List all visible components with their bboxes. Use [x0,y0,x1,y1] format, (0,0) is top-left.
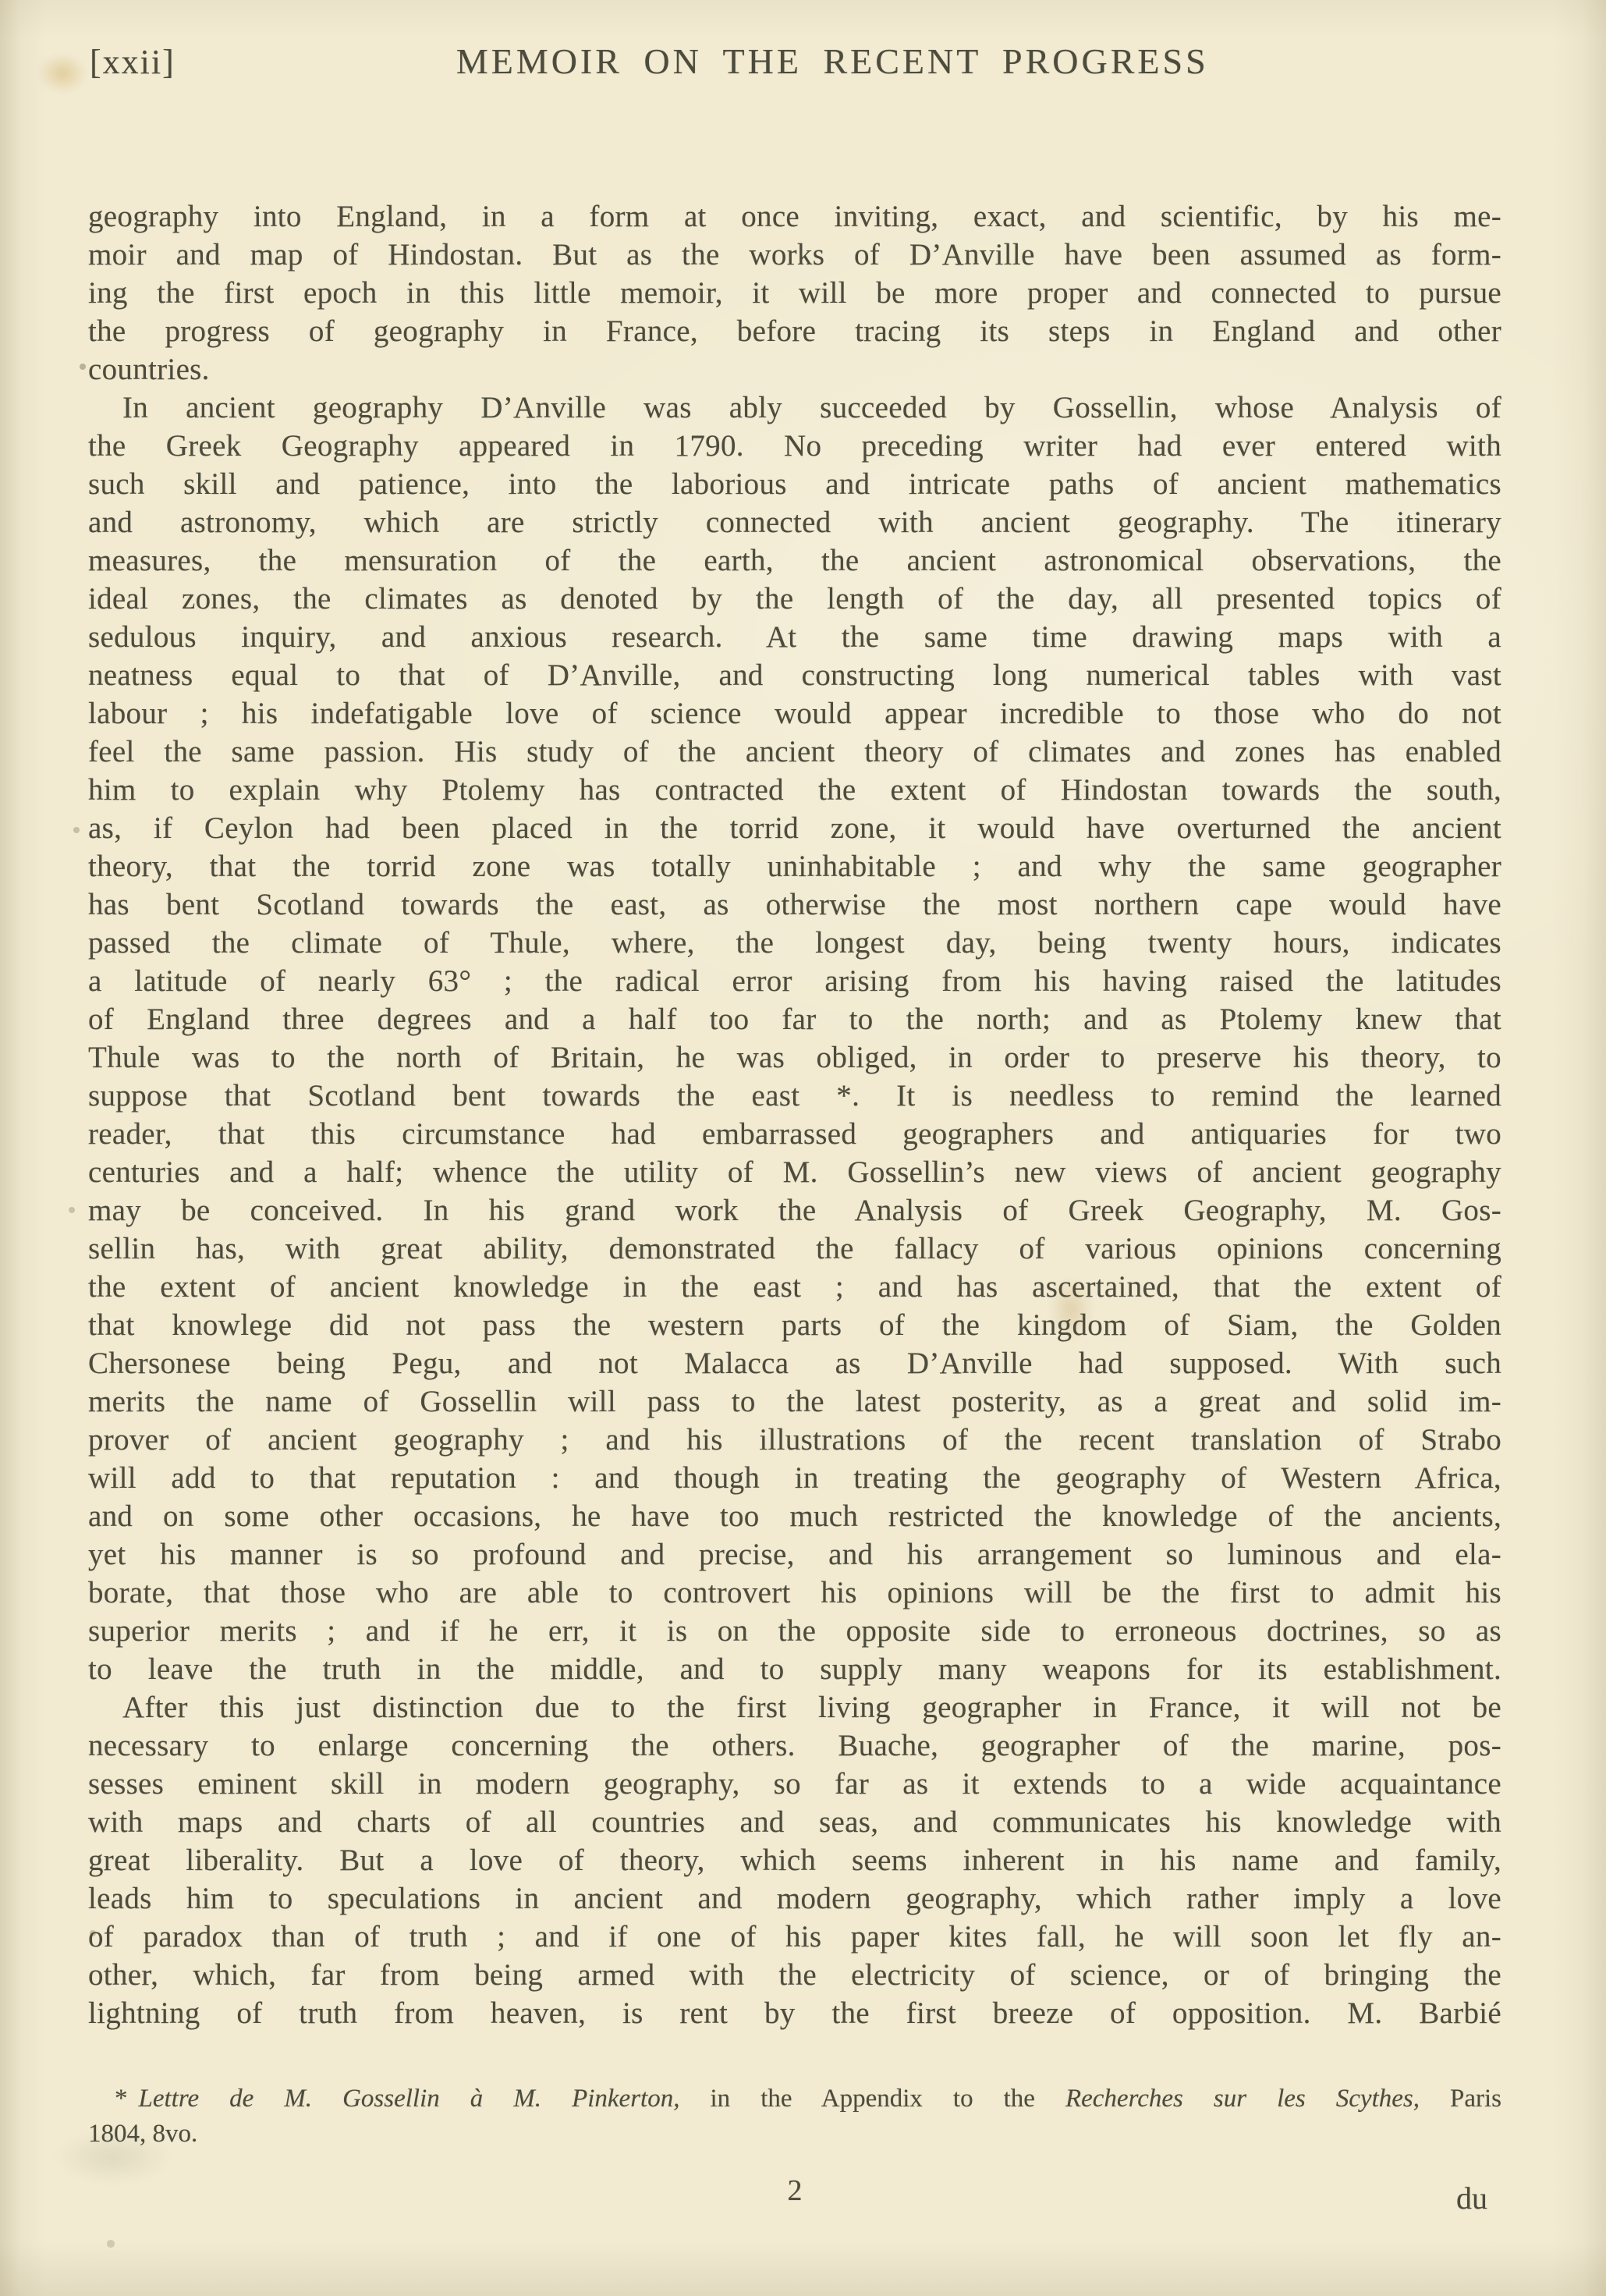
text-line: sesses eminent skill in modern geography… [88,1765,1501,1803]
text-line: such skill and patience, into the labori… [88,465,1501,503]
text-line: geography into England, in a form at onc… [88,197,1501,236]
text-line: yet his manner is so profound and precis… [88,1535,1501,1574]
text-line: measures, the mensuration of the earth, … [88,541,1501,580]
footnote-marker: * [115,2085,139,2113]
text-line: neatness equal to that of D’Anville, and… [88,656,1501,694]
text-line: merits the name of Gossellin will pass t… [88,1382,1501,1421]
text-line: great liberality. But a love of theory, … [88,1841,1501,1879]
folio-number: [xxii] [90,42,175,82]
running-title: MEMOIR ON THE RECENT PROGRESS [456,41,1209,82]
text-line: passed the climate of Thule, where, the … [88,924,1501,962]
text-line: In ancient geography D’Anville was ably … [88,389,1501,427]
text-line: Chersonese being Pegu, and not Malacca a… [88,1344,1501,1382]
text-line: may be conceived. In his grand work the … [88,1191,1501,1230]
footnote-line: *Lettre de M. Gossellin à M. Pinkerton, … [88,2081,1501,2117]
text-line: a latitude of nearly 63° ; the radical e… [88,962,1501,1000]
text-line: and astronomy, which are strictly connec… [88,503,1501,541]
text-line: ideal zones, the climates as denoted by … [88,580,1501,618]
text-line: theory, that the torrid zone was totally… [88,847,1501,885]
page-header: [xxii] MEMOIR ON THE RECENT PROGRESS [88,41,1501,87]
text-line: reader, that this circumstance had embar… [88,1115,1501,1153]
paragraph: geography into England, in a form at onc… [88,197,1501,389]
text-line: labour ; his indefatigable love of scien… [88,694,1501,733]
text-line: countries. [88,350,1501,389]
paragraph: After this just distinction due to the f… [88,1688,1501,2032]
text-line: feel the same passion. His study of the … [88,733,1501,771]
text-line: Thule was to the north of Britain, he wa… [88,1038,1501,1077]
text-line: has bent Scotland towards the east, as o… [88,885,1501,924]
text-line: lightning of truth from heaven, is rent … [88,1994,1501,2032]
text-line: of England three degrees and a half too … [88,1000,1501,1038]
text-line: as, if Ceylon had been placed in the tor… [88,809,1501,847]
text-line: the Greek Geography appeared in 1790. No… [88,427,1501,465]
text-line: suppose that Scotland bent towards the e… [88,1077,1501,1115]
page-footer: 2 du [88,2167,1501,2222]
text-line: ing the first epoch in this little memoi… [88,274,1501,312]
text-line: to leave the truth in the middle, and to… [88,1650,1501,1688]
text-block: geography into England, in a form at onc… [88,197,1501,2032]
footnote-line: 1804, 8vo. [88,2117,1501,2152]
page-body: [xxii] MEMOIR ON THE RECENT PROGRESS geo… [88,0,1501,2296]
text-line: moir and map of Hindostan. But as the wo… [88,236,1501,274]
text-line: other, which, far from being armed with … [88,1956,1501,1994]
text-line: that knowlege did not pass the western p… [88,1306,1501,1344]
text-line: necessary to enlarge concerning the othe… [88,1726,1501,1765]
footnote: *Lettre de M. Gossellin à M. Pinkerton, … [88,2081,1501,2152]
text-line: will add to that reputation : and though… [88,1459,1501,1497]
ink-specks [0,0,3,3]
text-line: sellin has, with great ability, demonstr… [88,1230,1501,1268]
text-line: sedulous inquiry, and anxious research. … [88,618,1501,656]
footnote-text: Recherches sur les Scythes, [1065,2085,1420,2113]
text-line: centuries and a half; whence the utility… [88,1153,1501,1191]
signature-mark: 2 [788,2174,803,2208]
text-line: prover of ancient geography ; and his il… [88,1421,1501,1459]
footnote-text: in the Appendix to the [679,2085,1065,2113]
text-line: the progress of geography in France, bef… [88,312,1501,350]
text-line: superior merits ; and if he err, it is o… [88,1612,1501,1650]
text-line: him to explain why Ptolemy has contracte… [88,771,1501,809]
footnote-text: Paris [1420,2085,1501,2113]
paper-stain [37,53,87,94]
text-line: After this just distinction due to the f… [88,1688,1501,1726]
text-line: of paradox than of truth ; and if one of… [88,1918,1501,1956]
paragraph: In ancient geography D’Anville was ably … [88,389,1501,1688]
text-line: with maps and charts of all countries an… [88,1803,1501,1841]
text-line: borate, that those who are able to contr… [88,1574,1501,1612]
scanned-book-page: { "colors": { "paper": "#f2ebd2", "ink":… [0,0,1606,2296]
catchword: du [1456,2180,1487,2216]
text-line: the extent of ancient knowledge in the e… [88,1268,1501,1306]
footnote-text: Lettre de M. Gossellin à M. Pinkerton, [139,2085,680,2113]
text-line: and on some other occasions, he have too… [88,1497,1501,1535]
text-line: leads him to speculations in ancient and… [88,1879,1501,1918]
